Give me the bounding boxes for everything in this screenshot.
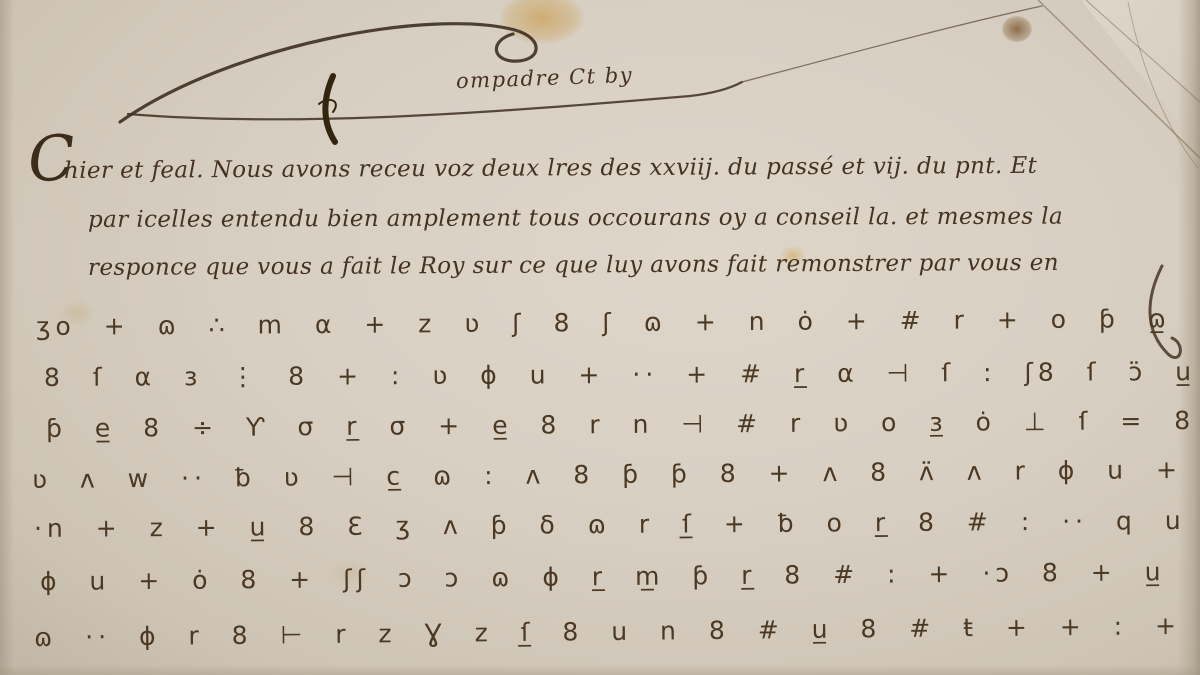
body-line: par icelles entendu bien amplement tous … bbox=[88, 203, 1200, 233]
ink-stain bbox=[500, 0, 584, 44]
heading-flourish-tail bbox=[742, 6, 1042, 82]
page-edge-bottom bbox=[0, 665, 1200, 675]
cipher-line: ʋ ʌ w ·· ƀ ʋ ⊣ c̲ ɷ : ʌ 8 ƥ ƥ 8 + ʌ 8 ʌ̈… bbox=[32, 455, 1182, 494]
cipher-line: ʒo + ɷ ∴ m α + z ʋ ʃ 8 ʃ ɷ + n ȯ + # r +… bbox=[36, 304, 1186, 341]
heading-text: ompadre Ct by bbox=[456, 63, 634, 93]
body-line: responce que vous a fait le Roy sur ce q… bbox=[88, 249, 1200, 281]
cipher-line: ·n + z + u̲ 8 Ɛ ʒ ʌ ƥ δ ɷ r ſ̲ + ƀ o r̲ … bbox=[34, 506, 1184, 543]
cipher-line: 8 ſ α ɜ ⋮ 8 + : ʋ ɸ u + ·· + # r̲ α ⊣ ſ … bbox=[44, 357, 1194, 392]
pen-mark-crossbar bbox=[319, 100, 336, 112]
cipher-line: ɸ u + ȯ 8 + ʃʃ ɔ ɔ ɷ ɸ r̲ m̲ ƥ r̲ 8 # : … bbox=[40, 557, 1190, 596]
cipher-line: ɷ ·· ɸ r 8 ⊢ r z Ɣ z ſ̲ 8 u n 8 # u̲ 8 #… bbox=[34, 611, 1184, 652]
manuscript-page: ompadre Ct by C hier et feal. Nous avons… bbox=[0, 0, 1200, 675]
corner-fold bbox=[1030, 0, 1200, 170]
cipher-line: ƥ e̲ 8 ÷ Ƴ σ r̲ σ + e̲ 8 r n ⊣ # r ʋ o ɜ… bbox=[46, 406, 1196, 443]
heading-flourish-underline bbox=[128, 82, 742, 119]
page-edge-left bbox=[0, 0, 14, 675]
body-line: hier et feal. Nous avons receu voz deux … bbox=[64, 152, 1194, 184]
foxing-spot bbox=[1002, 16, 1032, 42]
pen-mark bbox=[325, 76, 335, 142]
